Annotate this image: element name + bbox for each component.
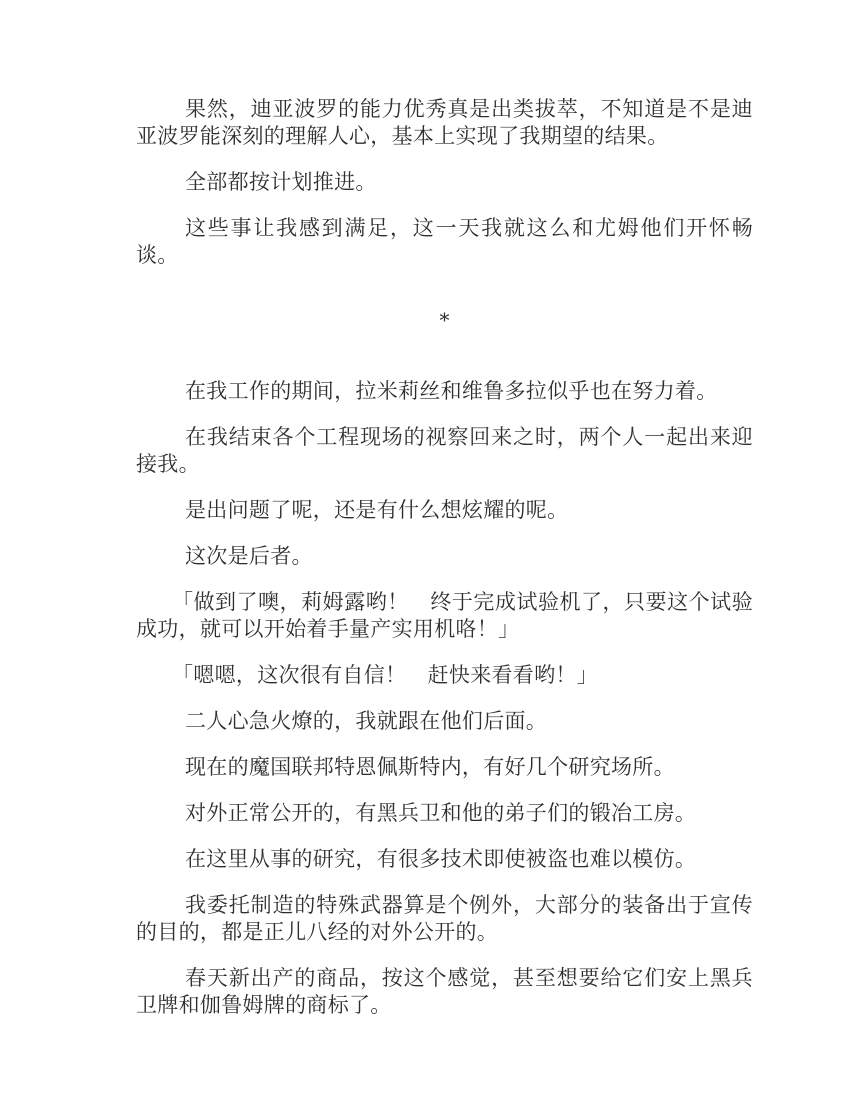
paragraph: 这些事让我感到满足，这一天我就这么和尤姆他们开怀畅谈。 (136, 215, 753, 269)
dialogue-paragraph: 「做到了噢，莉姆露哟！ 终于完成试验机了，只要这个试验成功，就可以开始着手量产实… (136, 589, 753, 643)
section-separator: * (136, 307, 753, 334)
paragraph: 二人心急火燎的，我就跟在他们后面。 (136, 708, 753, 735)
paragraph: 在我结束各个工程现场的视察回来之时，两个人一起出来迎接我。 (136, 424, 753, 478)
paragraph: 果然，迪亚波罗的能力优秀真是出类拔萃，不知道是不是迪亚波罗能深刻的理解人心，基本… (136, 96, 753, 150)
paragraph: 春天新出产的商品，按这个感觉，甚至想要给它们安上黑兵卫牌和伽鲁姆牌的商标了。 (136, 965, 753, 1019)
paragraph: 我委托制造的特殊武器算是个例外，大部分的装备出于宣传的目的，都是正儿八经的对外公… (136, 892, 753, 946)
paragraph: 全部都按计划推进。 (136, 169, 753, 196)
paragraph: 是出问题了呢，还是有什么想炫耀的呢。 (136, 497, 753, 524)
dialogue-paragraph: 「嗯嗯，这次很有自信！ 赶快来看看哟！」 (136, 662, 753, 689)
paragraph: 在这里从事的研究，有很多技术即使被盗也难以模仿。 (136, 846, 753, 873)
paragraph: 对外正常公开的，有黑兵卫和他的弟子们的锻冶工房。 (136, 800, 753, 827)
paragraph: 这次是后者。 (136, 543, 753, 570)
document-page: 果然，迪亚波罗的能力优秀真是出类拔萃，不知道是不是迪亚波罗能深刻的理解人心，基本… (0, 0, 850, 1100)
document-content: 果然，迪亚波罗的能力优秀真是出类拔萃，不知道是不是迪亚波罗能深刻的理解人心，基本… (136, 96, 753, 1038)
paragraph: 在我工作的期间，拉米莉丝和维鲁多拉似乎也在努力着。 (136, 378, 753, 405)
paragraph: 现在的魔国联邦特恩佩斯特内，有好几个研究场所。 (136, 754, 753, 781)
